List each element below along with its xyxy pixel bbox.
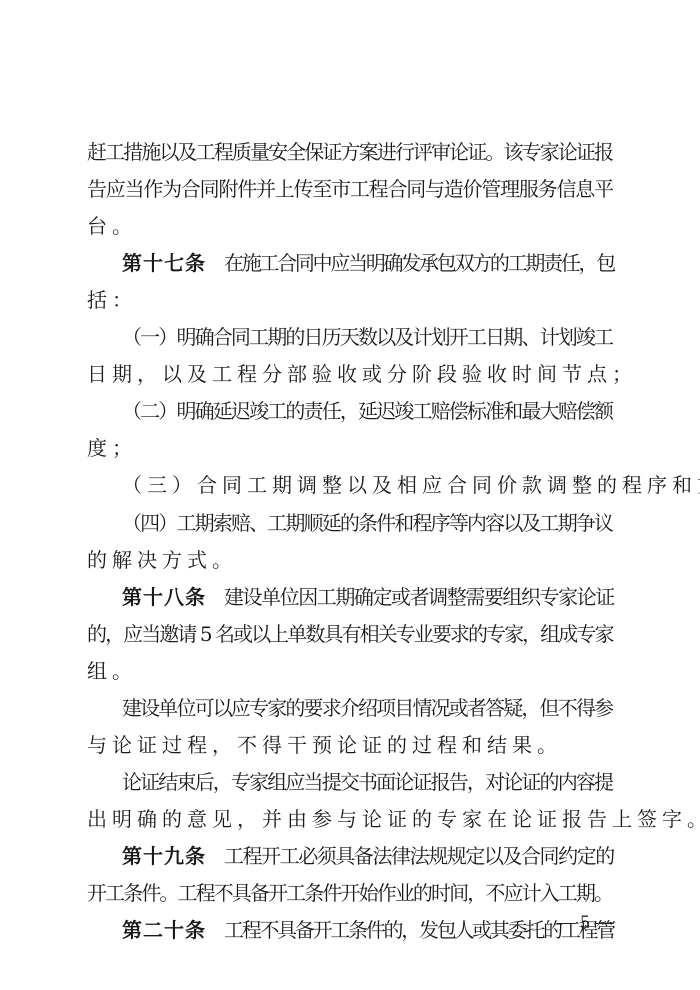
text-line: 组。 <box>87 656 614 686</box>
text-line: 赶工措施以及工程质量安全保证方案进行评审论证。该专家论证报 <box>87 137 614 167</box>
line-text: 的，应当邀请 5 名或以上单数具有相关专业要求的专家，组成专家 <box>87 622 613 646</box>
article-line: 第十七条在施工合同中应当明确发承包双方的工期责任，包 <box>122 248 614 278</box>
line-text: 建设单位因工期确定或者调整需要组织专家论证 <box>224 585 614 609</box>
line-text: 论证结束后，专家组应当提交书面论证报告，对论证的内容提 <box>122 770 612 794</box>
line-text: 工程开工必须具备法律法规规定以及合同约定的 <box>224 844 614 868</box>
line-text: 与论证过程，不得干预论证的过程和结果。 <box>87 733 562 757</box>
text-line: （二）明确延迟竣工的责任，延迟竣工赔偿标准和最大赔偿额 <box>122 396 614 426</box>
line-text: 括： <box>87 288 137 312</box>
line-text: 的解决方式。 <box>87 548 237 572</box>
text-line: （一）明确合同工期的日历天数以及计划开工日期、计划竣工 <box>122 322 614 352</box>
text-line: （四）工期索赔、工期顺延的条件和程序等内容以及工期争议 <box>122 508 614 538</box>
line-text: 台。 <box>87 214 137 238</box>
text-line: 台。 <box>87 211 614 241</box>
article-line: 第十九条工程开工必须具备法律法规规定以及合同约定的 <box>122 841 614 871</box>
text-line: 开工条件。工程不具备开工条件开始作业的时间，不应计入工期。 <box>87 878 614 908</box>
line-text: 出明确的意见，并由参与论证的专家在论证报告上签字。 <box>87 807 700 831</box>
line-text: 赶工措施以及工程质量安全保证方案进行评审论证。该专家论证报 <box>87 140 612 164</box>
text-line: 出明确的意见，并由参与论证的专家在论证报告上签字。 <box>87 804 614 834</box>
document-page: 赶工措施以及工程质量安全保证方案进行评审论证。该专家论证报告应当作为合同附件并上… <box>0 0 700 990</box>
text-line: （三）合同工期调整以及相应合同价款调整的程序和方法； <box>122 470 614 500</box>
line-text: 度； <box>87 436 137 460</box>
line-text: （一）明确合同工期的日历天数以及计划开工日期、计划竣工 <box>122 325 612 349</box>
article-line: 第二十条工程不具备开工条件的，发包人或其委托的工程管 <box>122 915 614 945</box>
text-line: 建设单位可以应专家的要求介绍项目情况或者答疑，但不得参 <box>122 693 614 723</box>
line-text: 告应当作为合同附件并上传至市工程合同与造价管理服务信息平 <box>87 177 613 201</box>
text-line: 括： <box>87 285 614 315</box>
article-heading: 第十九条 <box>122 844 206 868</box>
text-line: 论证结束后，专家组应当提交书面论证报告，对论证的内容提 <box>122 767 614 797</box>
text-line: 告应当作为合同附件并上传至市工程合同与造价管理服务信息平 <box>87 174 614 204</box>
text-line: 的解决方式。 <box>87 545 614 575</box>
line-text: 开工条件。工程不具备开工条件开始作业的时间，不应计入工期。 <box>87 881 612 905</box>
line-text: 日期，以及工程分部验收或分阶段验收时间节点； <box>87 362 637 386</box>
text-line: 与论证过程，不得干预论证的过程和结果。 <box>87 730 614 760</box>
text-line: 日期，以及工程分部验收或分阶段验收时间节点； <box>87 359 614 389</box>
line-text: 在施工合同中应当明确发承包双方的工期责任，包 <box>224 251 614 275</box>
article-heading: 第十七条 <box>122 251 206 275</box>
article-heading: 第二十条 <box>122 918 206 942</box>
line-text: （二）明确延迟竣工的责任，延迟竣工赔偿标准和最大赔偿额 <box>122 399 612 423</box>
page-number: — 5 — <box>552 909 618 937</box>
text-line: 度； <box>87 433 614 463</box>
line-text: 建设单位可以应专家的要求介绍项目情况或者答疑，但不得参 <box>122 696 612 720</box>
line-text: （四）工期索赔、工期顺延的条件和程序等内容以及工期争议 <box>122 511 612 535</box>
line-text: 组。 <box>87 659 137 683</box>
line-text: （三）合同工期调整以及相应合同价款调整的程序和方法； <box>122 473 700 497</box>
article-heading: 第十八条 <box>122 585 206 609</box>
text-line: 的，应当邀请 5 名或以上单数具有相关专业要求的专家，组成专家 <box>87 619 614 649</box>
article-line: 第十八条建设单位因工期确定或者调整需要组织专家论证 <box>122 582 614 612</box>
